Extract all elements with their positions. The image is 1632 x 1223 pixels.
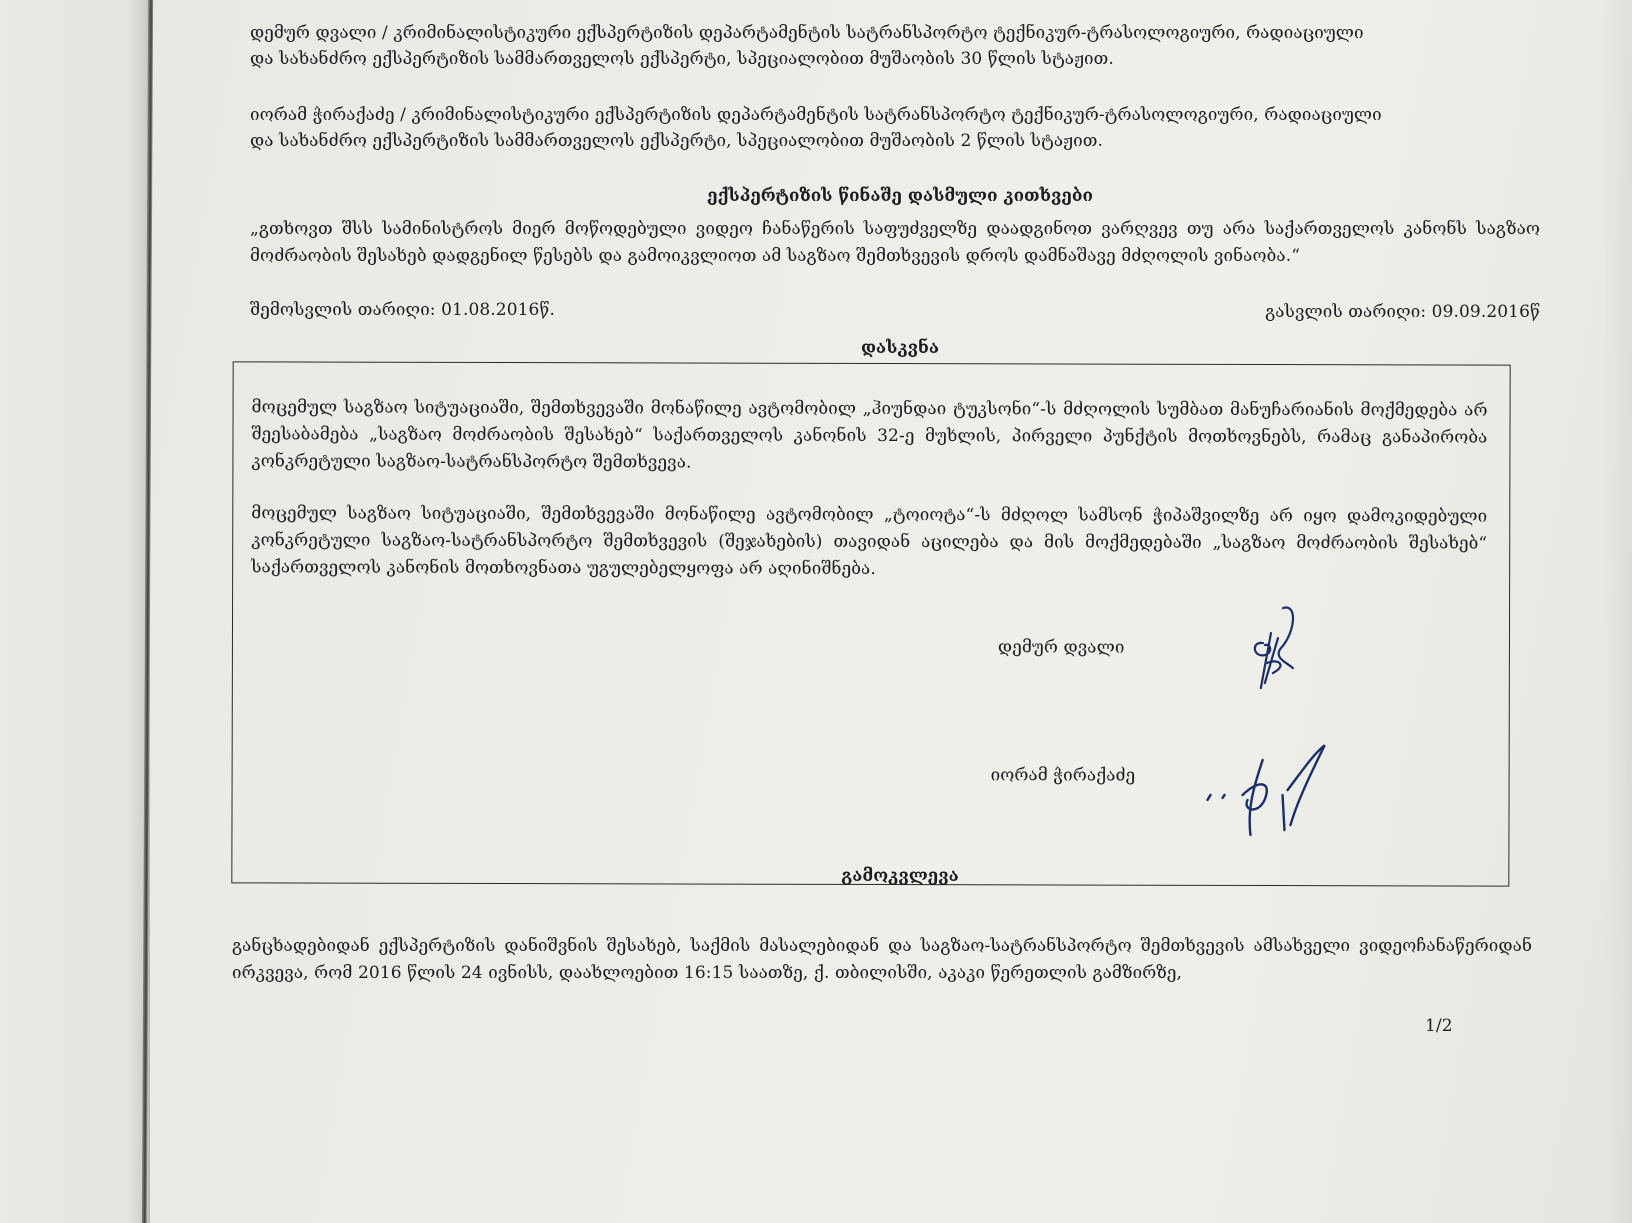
- conclusion-heading: დასკვნა: [750, 338, 1050, 358]
- conclusion-paragraph-2: მოცემულ საგზაო სიტუაციაში, შემთხვევაში მ…: [251, 500, 1487, 584]
- conclusion-box: მოცემულ საგზაო სიტუაციაში, შემთხვევაში მ…: [231, 361, 1510, 886]
- expert-1-info: დემურ დვალი / კრიმინალისტიკური ექსპერტიზ…: [250, 20, 1510, 72]
- expert-2-line2: და სახანძრო ექსპერტიზის სამმართველოს ექს…: [250, 128, 1530, 154]
- conclusion-paragraph-1: მოცემულ საგზაო სიტუაციაში, შემთხვევაში მ…: [251, 394, 1487, 478]
- signature-1-icon: [1243, 603, 1313, 693]
- signatory-1-name: დემურ დვალი: [998, 634, 1125, 660]
- issued-date: გასვლის თარიღი: 09.09.2016წ: [1190, 299, 1540, 325]
- expert-2-info: იორამ ჭირაქაძე / კრიმინალისტიკური ექსპერ…: [250, 102, 1530, 154]
- page-number: 1/2: [1425, 1013, 1453, 1039]
- signature-2-icon: [1202, 740, 1332, 840]
- questions-heading: ექსპერტიზის წინაშე დასმული კითხვები: [550, 186, 1250, 206]
- investigation-heading: გამოკვლევა: [700, 866, 1100, 886]
- previous-page-sheet: [0, 0, 150, 1223]
- expert-2-line1: იორამ ჭირაქაძე / კრიმინალისტიკური ექსპერ…: [250, 102, 1530, 128]
- expert-1-line1: დემურ დვალი / კრიმინალისტიკური ექსპერტიზ…: [250, 20, 1510, 46]
- question-text: „გთხოვთ შსს სამინისტროს მიერ მოწოდებული …: [250, 216, 1540, 270]
- signatory-2-name: იორამ ჭირაქაძე: [991, 762, 1136, 788]
- received-date: შემოსვლის თარიღი: 01.08.2016წ.: [250, 297, 555, 323]
- investigation-text: განცხადებიდან ექსპერტიზის დანიშვნის შესა…: [232, 933, 1532, 987]
- expert-1-line2: და სახანძრო ექსპერტიზის სამმართველოს ექს…: [250, 46, 1510, 72]
- document-page: დემურ დვალი / კრიმინალისტიკური ექსპერტიზ…: [150, 0, 1632, 1223]
